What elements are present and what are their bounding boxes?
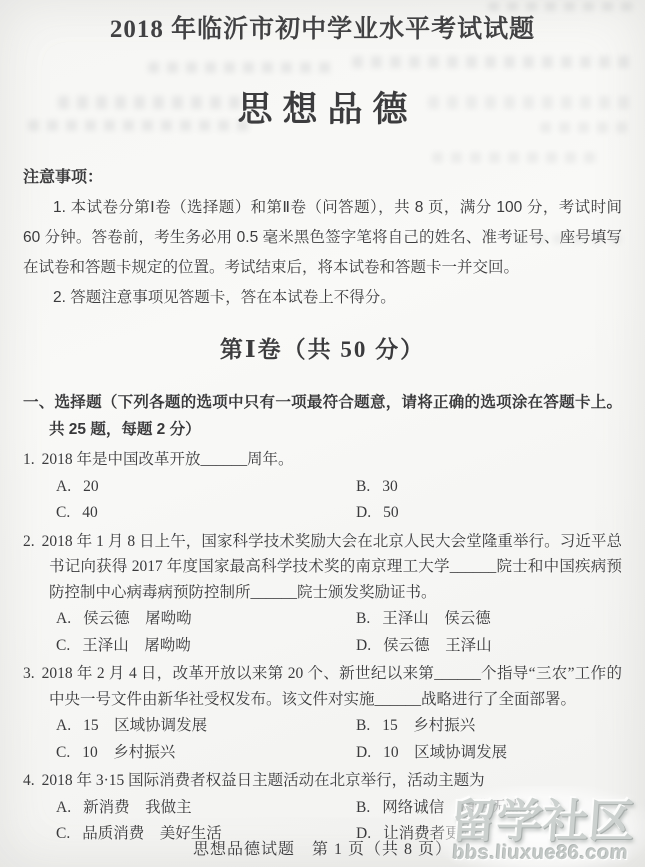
option-text: 30 [382,478,398,495]
section-instruction: 一、选择题（下列各题的选项中只有一项最符合题意，请将正确的选项涂在答题卡上。共 … [23,389,622,443]
question-2: 2.2018 年 1 月 8 日上午，国家科学技术奖励大会在北京人民大会堂隆重举… [23,529,622,660]
option-d: D.侯云德 王泽山 [356,633,622,660]
exam-paper-page: 2018 年临沂市初中学业水平考试试题 思想品德 注意事项： 1. 本试卷分第Ⅰ… [0,0,645,867]
option-a: A.侯云德 屠呦呦 [56,606,356,633]
option-label: C. [56,744,70,761]
page-footer: 思想品德试题 第 1 页（共 8 页） [0,836,645,859]
option-text: 新消费 我做主 [83,799,192,816]
option-label: B. [356,799,370,816]
option-c: C.10 乡村振兴 [56,740,356,767]
option-label: D. [356,637,371,654]
option-label: A. [56,717,71,734]
option-text: 王泽山 侯云德 [382,610,491,627]
option-a: A.15 区域协调发展 [56,713,356,740]
question-number: 1. [23,451,35,468]
option-text: 王泽山 屠呦呦 [82,637,191,654]
question-4-text-line: 4.2018 年 3·15 国际消费者权益日主题活动在北京举行，活动主题为 [23,768,622,794]
option-b: B.王泽山 侯云德 [356,606,622,633]
option-text: 15 区域协调发展 [83,717,207,734]
option-text: 50 [383,504,399,521]
option-label: B. [356,478,370,495]
subject-title: 思想品德 [23,90,622,130]
question-1: 1.2018 年是中国改革开放______周年。 A.20 B.30 C.40 … [23,447,622,527]
option-label: C. [56,504,70,521]
question-3-options: A.15 区域协调发展 B.15 乡村振兴 C.10 乡村振兴 D.10 区域协… [56,713,622,766]
option-text: 10 乡村振兴 [82,744,175,761]
option-b: B.网络诚信 消费无忧 [356,795,622,822]
option-b: B.15 乡村振兴 [356,713,622,740]
question-text: 2018 年是中国改革开放______周年。 [42,451,294,468]
notes-section: 注意事项： 1. 本试卷分第Ⅰ卷（选择题）和第Ⅱ卷（问答题），共 8 页，满分 … [23,164,622,313]
option-text: 网络诚信 消费无忧 [382,799,522,816]
section-title: 第Ⅰ卷（共 50 分） [23,335,622,365]
page-content: 2018 年临沂市初中学业水平考试试题 思想品德 注意事项： 1. 本试卷分第Ⅰ… [0,14,645,848]
option-label: B. [356,610,370,627]
option-d: D.10 区域协调发展 [356,740,622,767]
option-a: A.20 [56,474,356,501]
option-text: 侯云德 屠呦呦 [83,610,192,627]
option-label: A. [56,799,71,816]
question-number: 4. [23,772,35,789]
option-c: C.40 [56,500,356,527]
question-text: 2018 年 1 月 8 日上午，国家科学技术奖励大会在北京人民大会堂隆重举行。… [42,533,622,601]
question-list: 1.2018 年是中国改革开放______周年。 A.20 B.30 C.40 … [23,447,622,848]
notes-heading: 注意事项： [23,164,622,187]
question-1-options: A.20 B.30 C.40 D.50 [56,474,622,527]
option-label: A. [56,478,71,495]
question-3: 3.2018 年 2 月 4 日，改革开放以来第 20 个、新世纪以来第____… [23,661,622,766]
question-3-text-line: 3.2018 年 2 月 4 日，改革开放以来第 20 个、新世纪以来第____… [23,661,622,712]
note-item-1: 1. 本试卷分第Ⅰ卷（选择题）和第Ⅱ卷（问答题），共 8 页，满分 100 分，… [23,193,622,283]
question-2-options: A.侯云德 屠呦呦 B.王泽山 侯云德 C.王泽山 屠呦呦 D.侯云德 王泽山 [56,606,622,659]
option-label: A. [56,610,71,627]
question-number: 2. [23,533,35,550]
option-b: B.30 [356,474,622,501]
question-text: 2018 年 2 月 4 日，改革开放以来第 20 个、新世纪以来第______… [42,665,622,708]
option-text: 40 [82,504,98,521]
note-item-2: 2. 答题注意事项见答题卡，答在本试卷上不得分。 [23,283,622,313]
question-text: 2018 年 3·15 国际消费者权益日主题活动在北京举行，活动主题为 [42,772,485,789]
option-text: 10 区域协调发展 [383,744,507,761]
question-2-text-line: 2.2018 年 1 月 8 日上午，国家科学技术奖励大会在北京人民大会堂隆重举… [23,529,622,606]
option-label: C. [56,637,70,654]
option-c: C.王泽山 屠呦呦 [56,633,356,660]
exam-title: 2018 年临沂市初中学业水平考试试题 [23,14,622,46]
option-text: 20 [83,478,99,495]
option-d: D.50 [356,500,622,527]
option-label: B. [356,717,370,734]
option-text: 15 乡村振兴 [382,717,475,734]
question-number: 3. [23,665,35,682]
option-label: D. [356,744,371,761]
option-text: 侯云德 王泽山 [383,637,492,654]
option-label: D. [356,504,371,521]
bleed-through-smudge [488,2,638,11]
question-1-text-line: 1.2018 年是中国改革开放______周年。 [23,447,622,473]
option-a: A.新消费 我做主 [56,795,356,822]
